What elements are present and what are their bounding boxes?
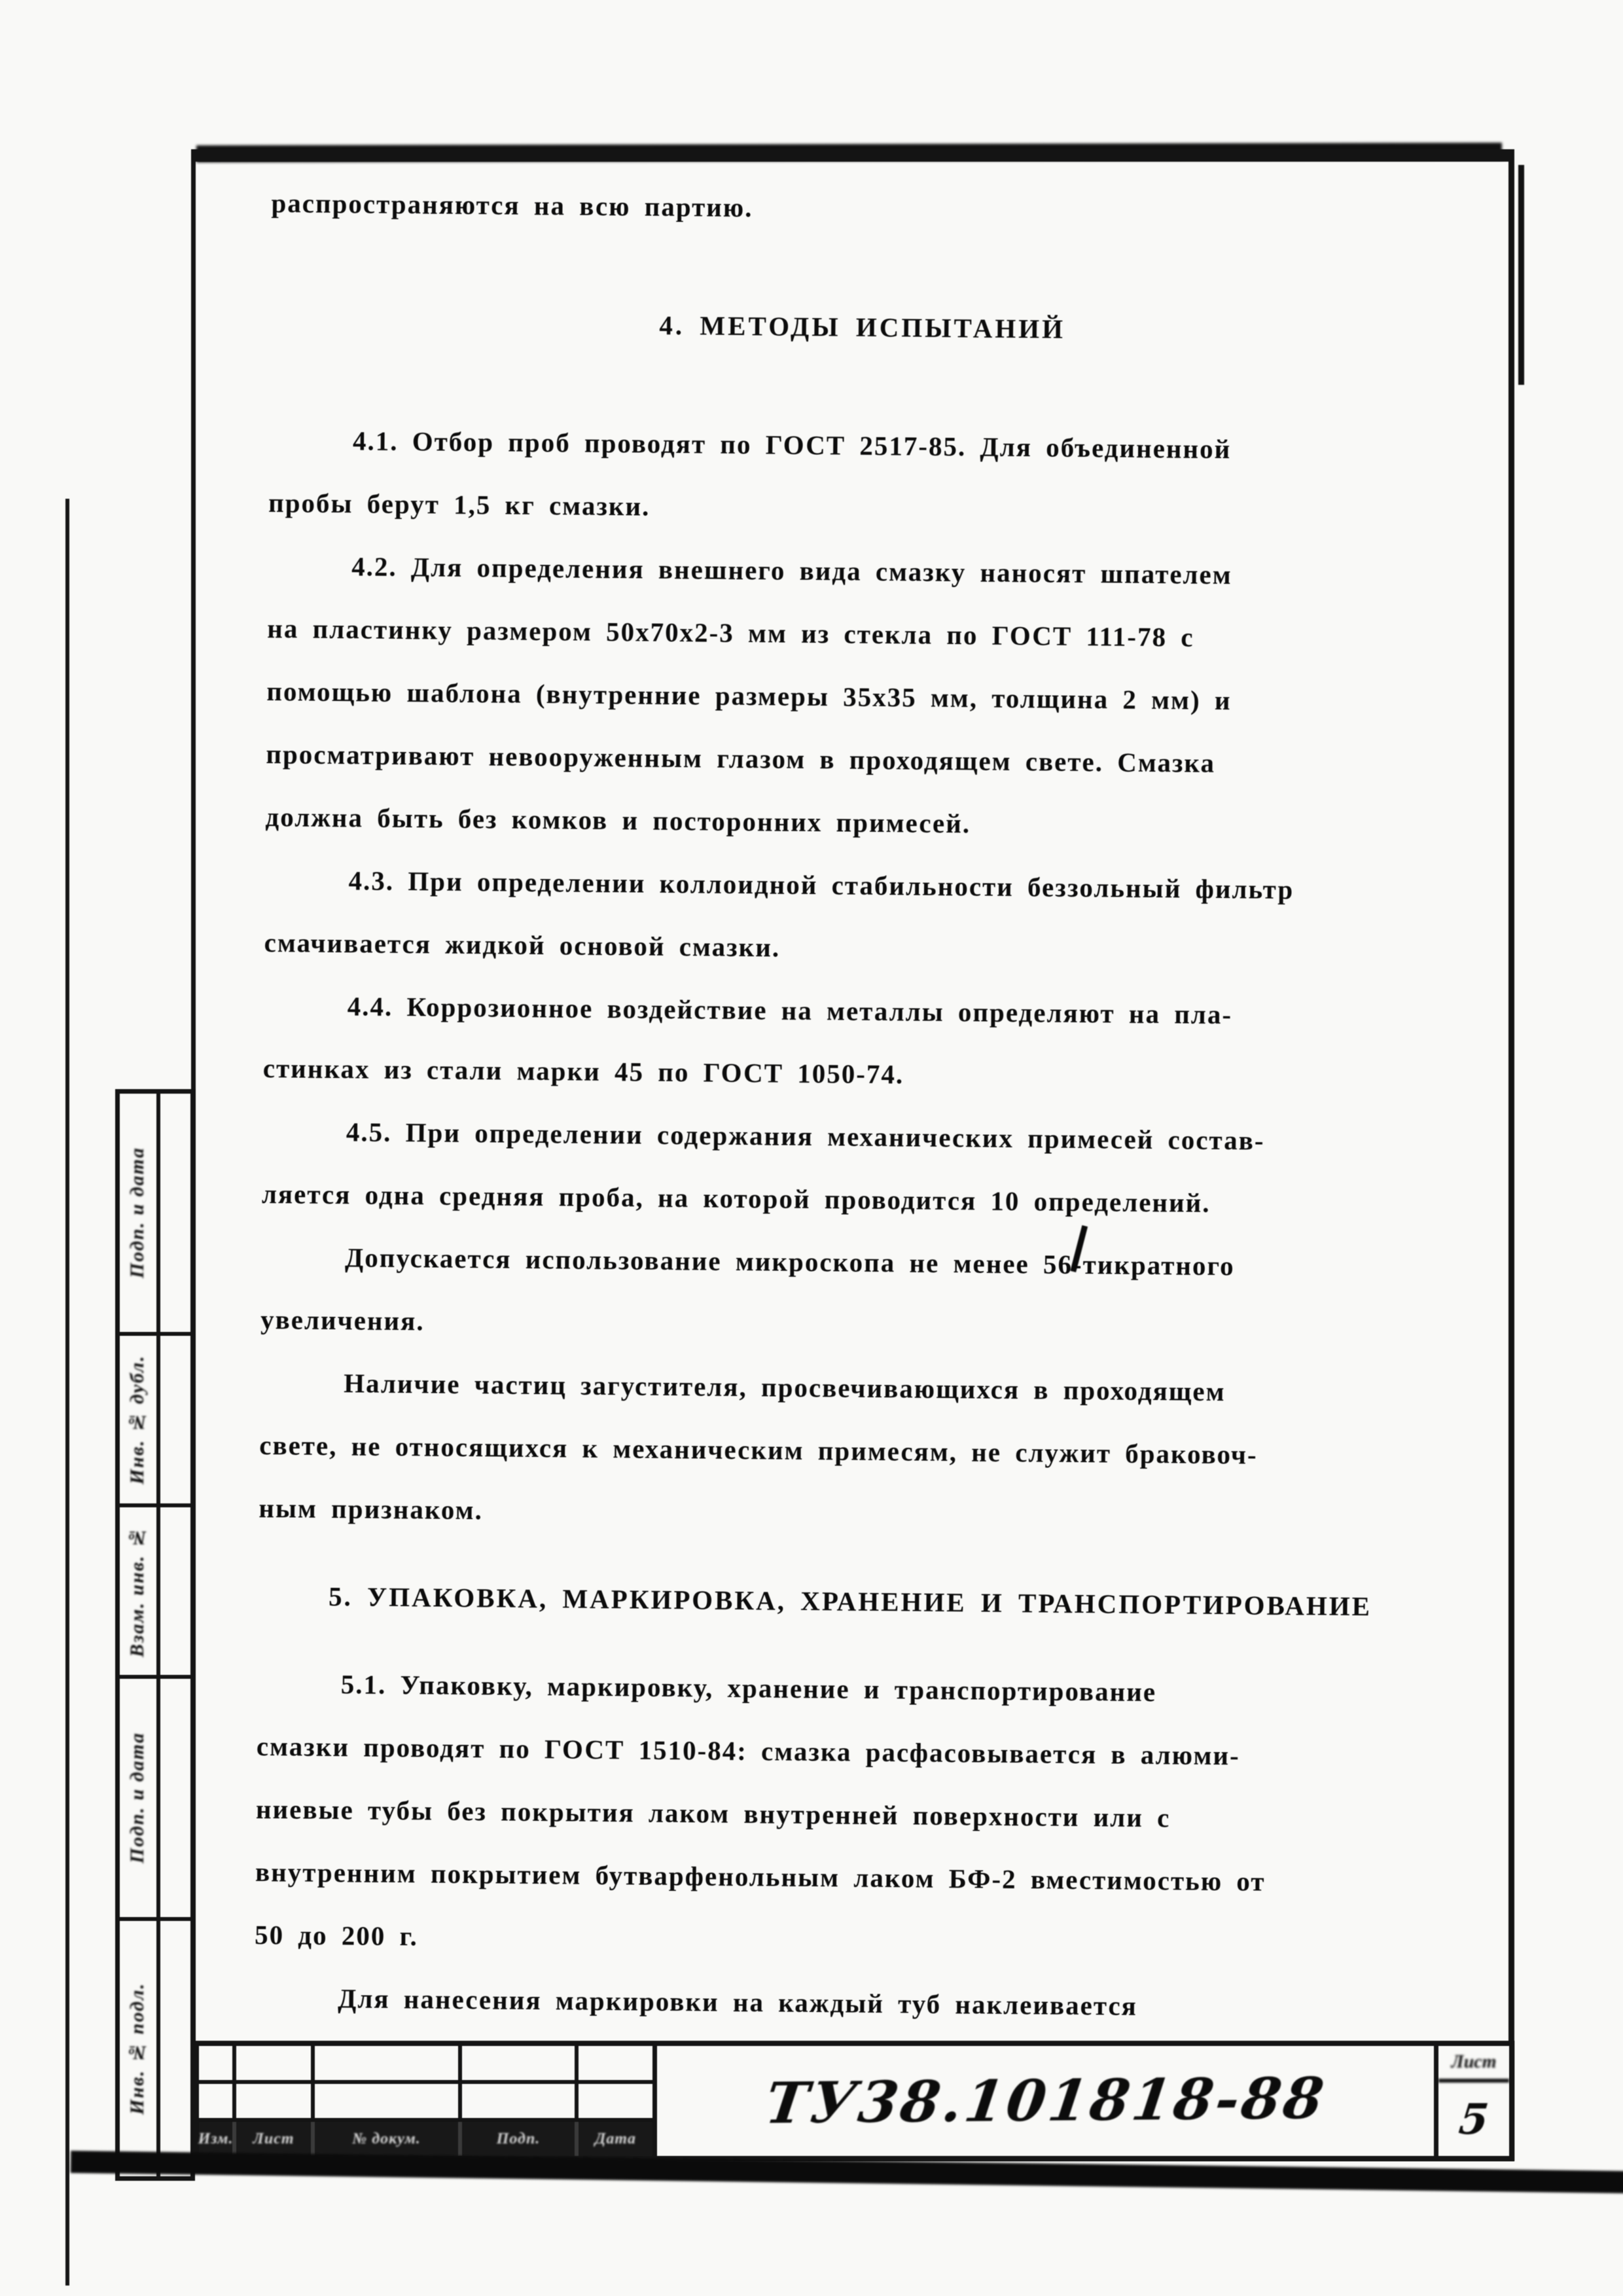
strip-label: Инв. № дубл. bbox=[120, 1336, 155, 1503]
document-body: распространяются на всю партию. 4. МЕТОД… bbox=[254, 171, 1456, 2040]
text-line: 4.3. При определении коллоидной стабильн… bbox=[264, 848, 1450, 922]
strip-label: Взам. инв. № bbox=[120, 1507, 155, 1675]
text-line: 4.4. Коррозионное воздействие на металлы… bbox=[263, 974, 1448, 1048]
text-line: распространяются на всю партию. bbox=[271, 171, 1456, 245]
text-line: свете, не относящихся к механическим при… bbox=[259, 1414, 1444, 1488]
revision-col-label: Изм. bbox=[198, 2130, 234, 2148]
strip-cell-inv-dupl: Инв. № дубл. bbox=[120, 1336, 190, 1507]
text-line: смазки проводят по ГОСТ 1510-84: смазка … bbox=[256, 1715, 1441, 1789]
scan-edge-line bbox=[65, 499, 69, 2286]
section-4-heading: 4. МЕТОДЫ ИСПЫТАНИЙ bbox=[270, 290, 1455, 364]
scanned-document-page: Подп. и дата Инв. № дубл. Взам. инв. № П… bbox=[0, 0, 1623, 2296]
revision-col-label: Лист bbox=[253, 2130, 294, 2148]
title-block: Изм. Лист № докум. Подп. Дата ТУ38.10181… bbox=[194, 2041, 1514, 2161]
text-line: 4.2. Для определения внешнего вида смазк… bbox=[268, 534, 1453, 608]
text-line: Для нанесения маркировки на каждый туб н… bbox=[254, 1966, 1439, 2040]
sheet-label: Лист bbox=[1438, 2046, 1509, 2083]
section-5-heading: 5. УПАКОВКА, МАРКИРОВКА, ХРАНЕНИЕ И ТРАН… bbox=[258, 1564, 1443, 1638]
revision-grid: Изм. Лист № докум. Подп. Дата bbox=[199, 2046, 657, 2156]
left-margin-strip: Подп. и дата Инв. № дубл. Взам. инв. № П… bbox=[115, 1089, 195, 2181]
frame-right-extra-line bbox=[1518, 165, 1524, 385]
strip-cell-inv-orig: Инв. № подл. bbox=[120, 1921, 190, 2176]
text-line: увеличения. bbox=[260, 1288, 1446, 1362]
revision-col-label: № докум. bbox=[352, 2130, 421, 2148]
document-code-cell: ТУ38.101818-88 bbox=[657, 2046, 1438, 2156]
text-line: смачивается жидкой основой смазки. bbox=[264, 911, 1449, 985]
strip-label: Инв. № подл. bbox=[120, 1921, 155, 2176]
text-line: 4.5. При определении содержания механиче… bbox=[262, 1100, 1447, 1174]
text-line: просматривают невооруженным глазом в про… bbox=[266, 723, 1451, 797]
revision-header-row: Изм. Лист № докум. Подп. Дата bbox=[199, 2122, 652, 2156]
text-line: ниевые тубы без покрытия лаком внутренне… bbox=[256, 1778, 1441, 1852]
text-line: ным признаком. bbox=[259, 1477, 1444, 1551]
revision-col-label: Подп. bbox=[497, 2130, 541, 2148]
sheet-column: Лист 5 bbox=[1438, 2046, 1509, 2156]
sheet-number: 5 bbox=[1435, 2083, 1513, 2156]
strip-label: Подп. и дата bbox=[120, 1679, 155, 1917]
revision-row-empty bbox=[199, 2084, 652, 2122]
text-line: помощью шаблона (внутренние размеры 35х3… bbox=[266, 660, 1452, 734]
text-line: внутренним покрытием бутварфенольным лак… bbox=[255, 1840, 1440, 1914]
text-line: 4.1. Отбор проб проводят по ГОСТ 2517-85… bbox=[269, 408, 1454, 482]
text-line: пробы берут 1,5 кг смазки. bbox=[268, 471, 1454, 545]
revision-row-empty bbox=[199, 2046, 652, 2084]
strip-cell-sign-date-bottom: Подп. и дата bbox=[120, 1679, 190, 1921]
strip-cell-vzam-inv: Взам. инв. № bbox=[120, 1507, 190, 1679]
text-line: на пластинку размером 50х70х2-3 мм из ст… bbox=[267, 597, 1452, 671]
text-line: 5.1. Упаковку, маркировку, хранение и тр… bbox=[257, 1652, 1442, 1726]
text-line: ляется одна средняя проба, на которой пр… bbox=[262, 1162, 1447, 1236]
text-line: Наличие частиц загустителя, просвечивающ… bbox=[260, 1351, 1445, 1425]
strip-cell-sign-date-top: Подп. и дата bbox=[120, 1094, 190, 1336]
text-line: должна быть без комков и посторонних при… bbox=[265, 785, 1450, 859]
revision-col-label: Дата bbox=[595, 2130, 636, 2148]
strip-label: Подп. и дата bbox=[120, 1094, 155, 1332]
text-line: 50 до 200 г. bbox=[255, 1903, 1440, 1977]
text-line: Допускается использование микроскопа не … bbox=[261, 1225, 1446, 1299]
text-line: стинках из стали марки 45 по ГОСТ 1050-7… bbox=[262, 1037, 1448, 1111]
document-code: ТУ38.101818-88 bbox=[761, 2066, 1329, 2136]
